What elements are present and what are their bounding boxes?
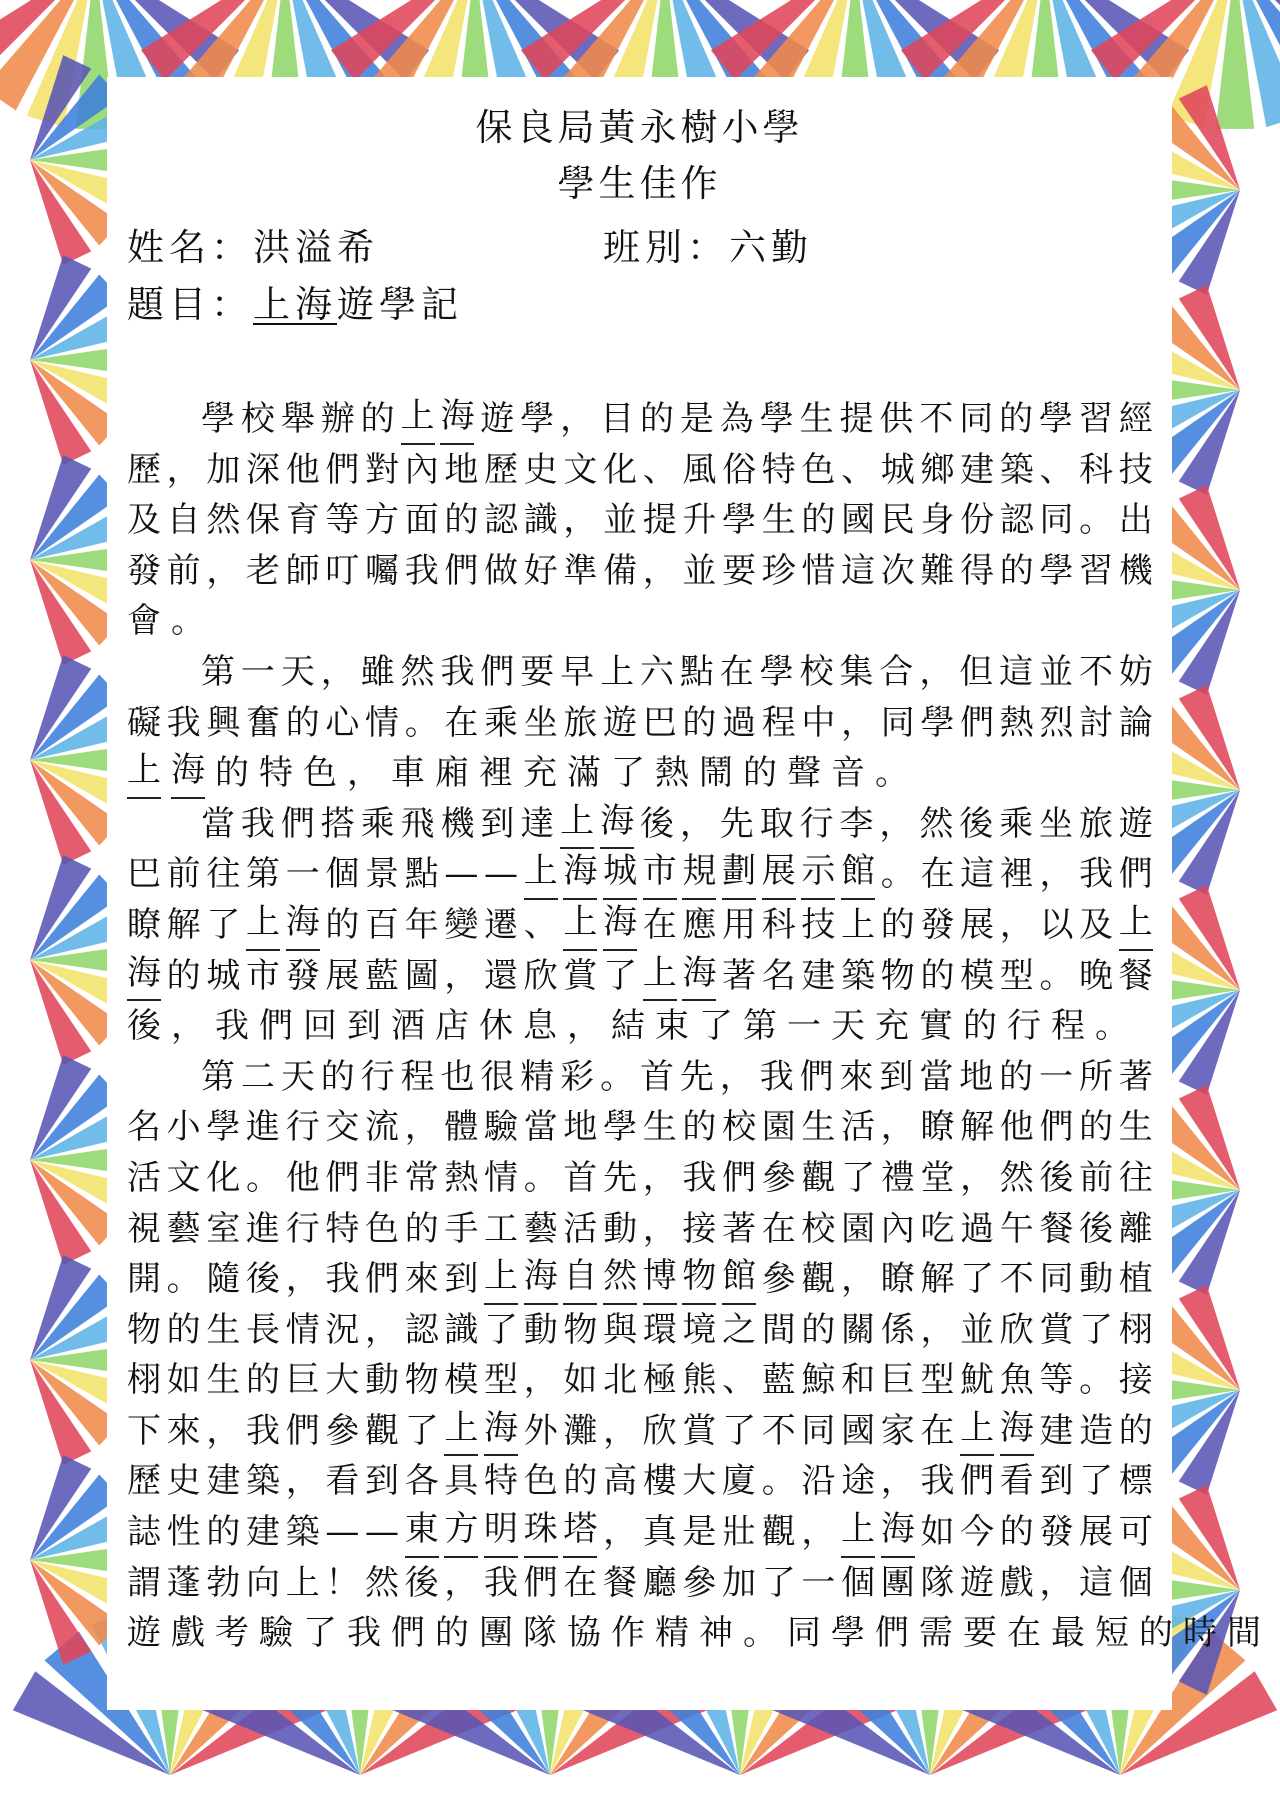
- essay-line: 歷，加深他們對內地歷史文化、風俗特色、城鄉建築、科技: [127, 445, 1153, 496]
- essay-line: 誌性的建築——東方明珠塔，真是壯觀，上海如今的發展可: [127, 1507, 1153, 1558]
- essay-line: 開。隨後，我們來到上海自然博物館參觀，瞭解了不同動植: [127, 1254, 1153, 1305]
- essay-line: 學校舉辦的上海遊學，目的是為學生提供不同的學習經: [127, 394, 1153, 445]
- essay-line: 下來，我們參觀了上海外灘，欣賞了不同國家在上海建造的: [127, 1406, 1153, 1457]
- essay-line: 名小學進行交流，體驗當地學生的校園生活，瞭解他們的生: [127, 1102, 1153, 1153]
- document-panel: 保良局黃永樹小學 學生佳作 姓名：洪溢希 班別：六勤 題目：上海遊學記 學校舉辦…: [107, 77, 1172, 1710]
- essay-line: 視藝室進行特色的手工藝活動，接著在校園內吃過午餐後離: [127, 1204, 1153, 1255]
- essay-line: 栩如生的巨大動物模型，如北極熊、藍鯨和巨型魷魚等。接: [127, 1355, 1153, 1406]
- essay-line: 謂蓬勃向上！然後，我們在餐廳參加了一個團隊遊戲，這個: [127, 1558, 1153, 1609]
- class-field: 班別：六勤: [603, 217, 813, 271]
- essay-line: 第二天的行程也很精彩。首先，我們來到當地的一所著: [127, 1052, 1153, 1103]
- student-name-field: 姓名：洪溢希: [127, 217, 379, 271]
- essay-line: 歷史建築，看到各具特色的高樓大廈。沿途，我們看到了標: [127, 1456, 1153, 1507]
- essay-line: 當我們搭乘飛機到達上海後，先取行李，然後乘坐旅遊: [127, 799, 1153, 850]
- essay-line: 活文化。他們非常熱情。首先，我們參觀了禮堂，然後前往: [127, 1153, 1153, 1204]
- essay-line: 第一天，雖然我們要早上六點在學校集合，但這並不妨: [127, 647, 1153, 698]
- document-subtitle: 學生佳作: [107, 153, 1172, 207]
- essay-title-field: 題目：上海遊學記: [127, 274, 463, 328]
- name-label: 姓名：: [127, 226, 253, 269]
- school-name: 保良局黃永樹小學: [107, 97, 1172, 151]
- title-rest: 遊學記: [337, 283, 463, 326]
- title-place: 上海: [253, 283, 337, 326]
- essay-body: 學校舉辦的上海遊學，目的是為學生提供不同的學習經歷，加深他們對內地歷史文化、風俗…: [127, 394, 1153, 1659]
- class-value: 六勤: [729, 226, 813, 269]
- essay-line: 上海的特色，車廂裡充滿了熱鬧的聲音。: [127, 748, 1153, 799]
- essay-line: 巴前往第一個景點——上海城市規劃展示館。在這裡，我們: [127, 849, 1153, 900]
- class-label: 班別：: [603, 226, 729, 269]
- name-value: 洪溢希: [253, 226, 379, 269]
- essay-line: 瞭解了上海的百年變遷、上海在應用科技上的發展，以及上: [127, 900, 1153, 951]
- essay-line: 會。: [127, 596, 1153, 647]
- essay-line: 發前，老師叮囑我們做好準備，並要珍惜這次難得的學習機: [127, 546, 1153, 597]
- essay-line: 礙我興奮的心情。在乘坐旅遊巴的過程中，同學們熱烈討論: [127, 698, 1153, 749]
- title-label: 題目：: [127, 283, 253, 326]
- essay-line: 物的生長情況，認識了動物與環境之間的關係，並欣賞了栩: [127, 1305, 1153, 1356]
- essay-line: 遊戲考驗了我們的團隊協作精神。同學們需要在最短的時間: [127, 1608, 1153, 1659]
- essay-line: 後，我們回到酒店休息，結束了第一天充實的行程。: [127, 1001, 1153, 1052]
- essay-line: 海的城市發展藍圖，還欣賞了上海著名建築物的模型。晚餐: [127, 951, 1153, 1002]
- essay-line: 及自然保育等方面的認識，並提升學生的國民身份認同。出: [127, 495, 1153, 546]
